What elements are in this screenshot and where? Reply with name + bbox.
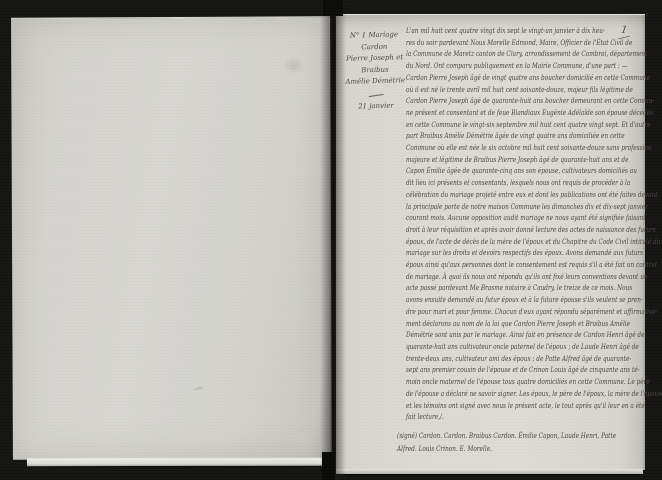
text-line: ment déclarons au nom de la loi que Card… bbox=[406, 319, 652, 331]
act-body-text: L'an mil huit cent quatre vingt dix sept… bbox=[406, 26, 652, 424]
text-line: fait lecture./. bbox=[406, 412, 652, 424]
text-line: du Nord. Ont comparu publiquement en la … bbox=[406, 61, 652, 73]
margin-note-lines: N° 1 MariageCardonPierre Joseph etBraibu… bbox=[337, 29, 413, 89]
flourish-dash-icon bbox=[368, 93, 383, 96]
binding-notch-top bbox=[323, 0, 343, 16]
text-line: de mariage. À quoi ils nous ont répondu … bbox=[406, 272, 652, 284]
text-line: trente-deux ans, cultivateur ami des épo… bbox=[406, 354, 652, 366]
text-line: dit lieu ici présents et consentants, le… bbox=[406, 178, 652, 190]
scanned-register-spread: 1 N° 1 MariageCardonPierre Joseph etBrai… bbox=[0, 0, 662, 480]
text-line: ne présent et consentant et de feue Blan… bbox=[406, 108, 652, 120]
text-line: Alfred. Louis Crinon. E. Morelle. bbox=[397, 443, 648, 456]
text-line: quarante-huit ans cultivateur oncle pate… bbox=[406, 342, 652, 354]
text-line: Pierre Joseph et bbox=[338, 52, 412, 66]
signature-block: (signé) Cardon. Cardon. Braibus Cardon. … bbox=[397, 430, 648, 455]
text-line: Cardon Pierre Joseph âgé de quarante-hui… bbox=[406, 96, 652, 108]
left-page-blank bbox=[11, 16, 332, 459]
text-line: courant mois. Aucune opposition audit ma… bbox=[406, 213, 652, 225]
text-line: majeure et légitime de Braibus Pierre Jo… bbox=[406, 155, 652, 167]
text-line: droit à leur réquisition et après avoir … bbox=[406, 225, 652, 237]
text-line: de l'épouse a déclaré ne savoir signer. … bbox=[406, 389, 652, 401]
text-line: Commune où elle est née le six octobre m… bbox=[406, 143, 652, 155]
right-page-act: 1 N° 1 MariageCardonPierre Joseph etBrai… bbox=[336, 14, 645, 470]
text-line: et les témoins ont signé avec nous le pr… bbox=[406, 401, 652, 413]
text-line: avons ensuite demandé au futur époux et … bbox=[406, 295, 652, 307]
text-line: époux ainsi qu'aux personnes dont le con… bbox=[406, 260, 652, 272]
text-line: L'an mil huit cent quatre vingt dix sept… bbox=[406, 26, 652, 38]
text-line: Cardon Pierre Joseph âgé de vingt quatre… bbox=[406, 73, 652, 85]
text-line: Capon Émilie âgée de quarante-cinq ans s… bbox=[406, 166, 652, 178]
text-line: sept ans premier cousin de l'épouse et d… bbox=[406, 365, 652, 377]
text-line: époux, de l'acte de décès de la mère de … bbox=[406, 237, 652, 249]
text-line: acte passé pardevant Me Brasme notaire à… bbox=[406, 283, 652, 295]
text-line: (signé) Cardon. Cardon. Braibus Cardon. … bbox=[397, 430, 648, 443]
text-line: Démétrie sont unis par le mariage. Ainsi… bbox=[406, 330, 652, 342]
paper-smudge bbox=[190, 384, 207, 392]
text-line: mariage sur les droits et devoirs respec… bbox=[406, 248, 652, 260]
text-line: Amélie Démétrie bbox=[338, 75, 412, 89]
text-line: part Braibus Amélie Démétrie âgée de vin… bbox=[406, 131, 652, 143]
text-line: où il est né le trente avril mil huit ce… bbox=[406, 85, 652, 97]
text-line: célébration du mariage projeté entre eux… bbox=[406, 190, 652, 202]
text-line: la principale porte de notre maison Comm… bbox=[406, 202, 652, 214]
paper-stain bbox=[279, 53, 307, 77]
margin-note: N° 1 MariageCardonPierre Joseph etBraibu… bbox=[337, 29, 413, 113]
text-line: en cette Commune le vingt-six septembre … bbox=[406, 120, 652, 132]
text-line: res du soir pardevant Nous Morelle Edmon… bbox=[406, 38, 652, 50]
text-line: la Commune de Maretz canton de Clary, ar… bbox=[406, 49, 652, 61]
text-line: moin oncle maternel de l'épouse tous qua… bbox=[406, 377, 652, 389]
margin-note-date: 21 janvier bbox=[339, 99, 413, 113]
text-line: dre pour mari et pour femme. Chacun d'eu… bbox=[406, 307, 652, 319]
binding-notch-bottom bbox=[322, 452, 335, 480]
